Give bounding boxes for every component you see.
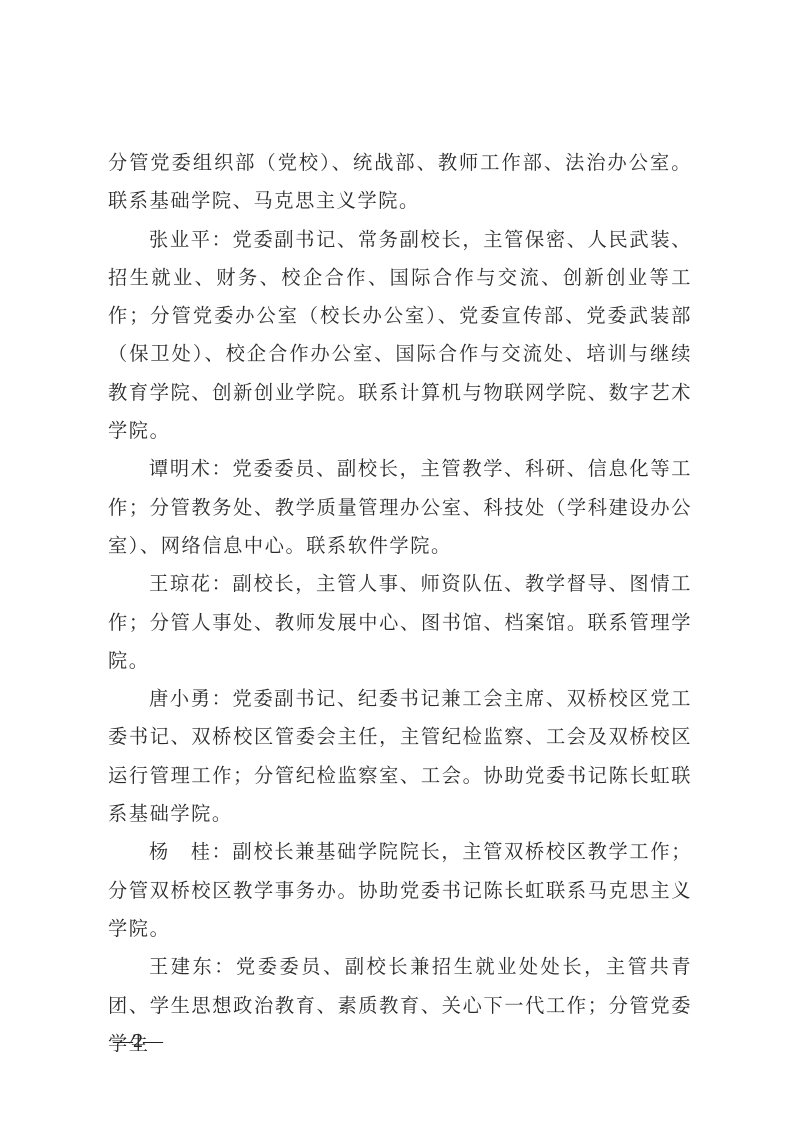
paragraph-continuation: 分管党委组织部（党校）、统战部、教师工作部、法治办公室。联系基础学院、马克思主义… [108, 144, 692, 221]
paragraph-tan-mingshu: 谭明术：党委委员、副校长，主管教学、科研、信息化等工作；分管教务处、教学质量管理… [108, 450, 692, 565]
page-number: —2— [113, 1030, 163, 1053]
document-page: 分管党委组织部（党校）、统战部、教师工作部、法治办公室。联系基础学院、马克思主义… [0, 0, 794, 1122]
document-body: 分管党委组织部（党校）、统战部、教师工作部、法治办公室。联系基础学院、马克思主义… [108, 144, 692, 1063]
paragraph-yang-gui: 杨 桂：副校长兼基础学院院长，主管双桥校区教学工作；分管双桥校区教学事务办。协助… [108, 833, 692, 948]
paragraph-wang-qionghua: 王琼花：副校长，主管人事、师资队伍、教学督导、图情工作；分管人事处、教师发展中心… [108, 565, 692, 680]
paragraph-tang-xiaoyong: 唐小勇：党委副书记、纪委书记兼工会主席、双桥校区党工委书记、双桥校区管委会主任，… [108, 680, 692, 833]
paragraph-zhang-yeping: 张业平：党委副书记、常务副校长，主管保密、人民武装、招生就业、财务、校企合作、国… [108, 221, 692, 451]
paragraph-wang-jiandong: 王建东：党委委员、副校长兼招生就业处处长，主管共青团、学生思想政治教育、素质教育… [108, 948, 692, 1063]
